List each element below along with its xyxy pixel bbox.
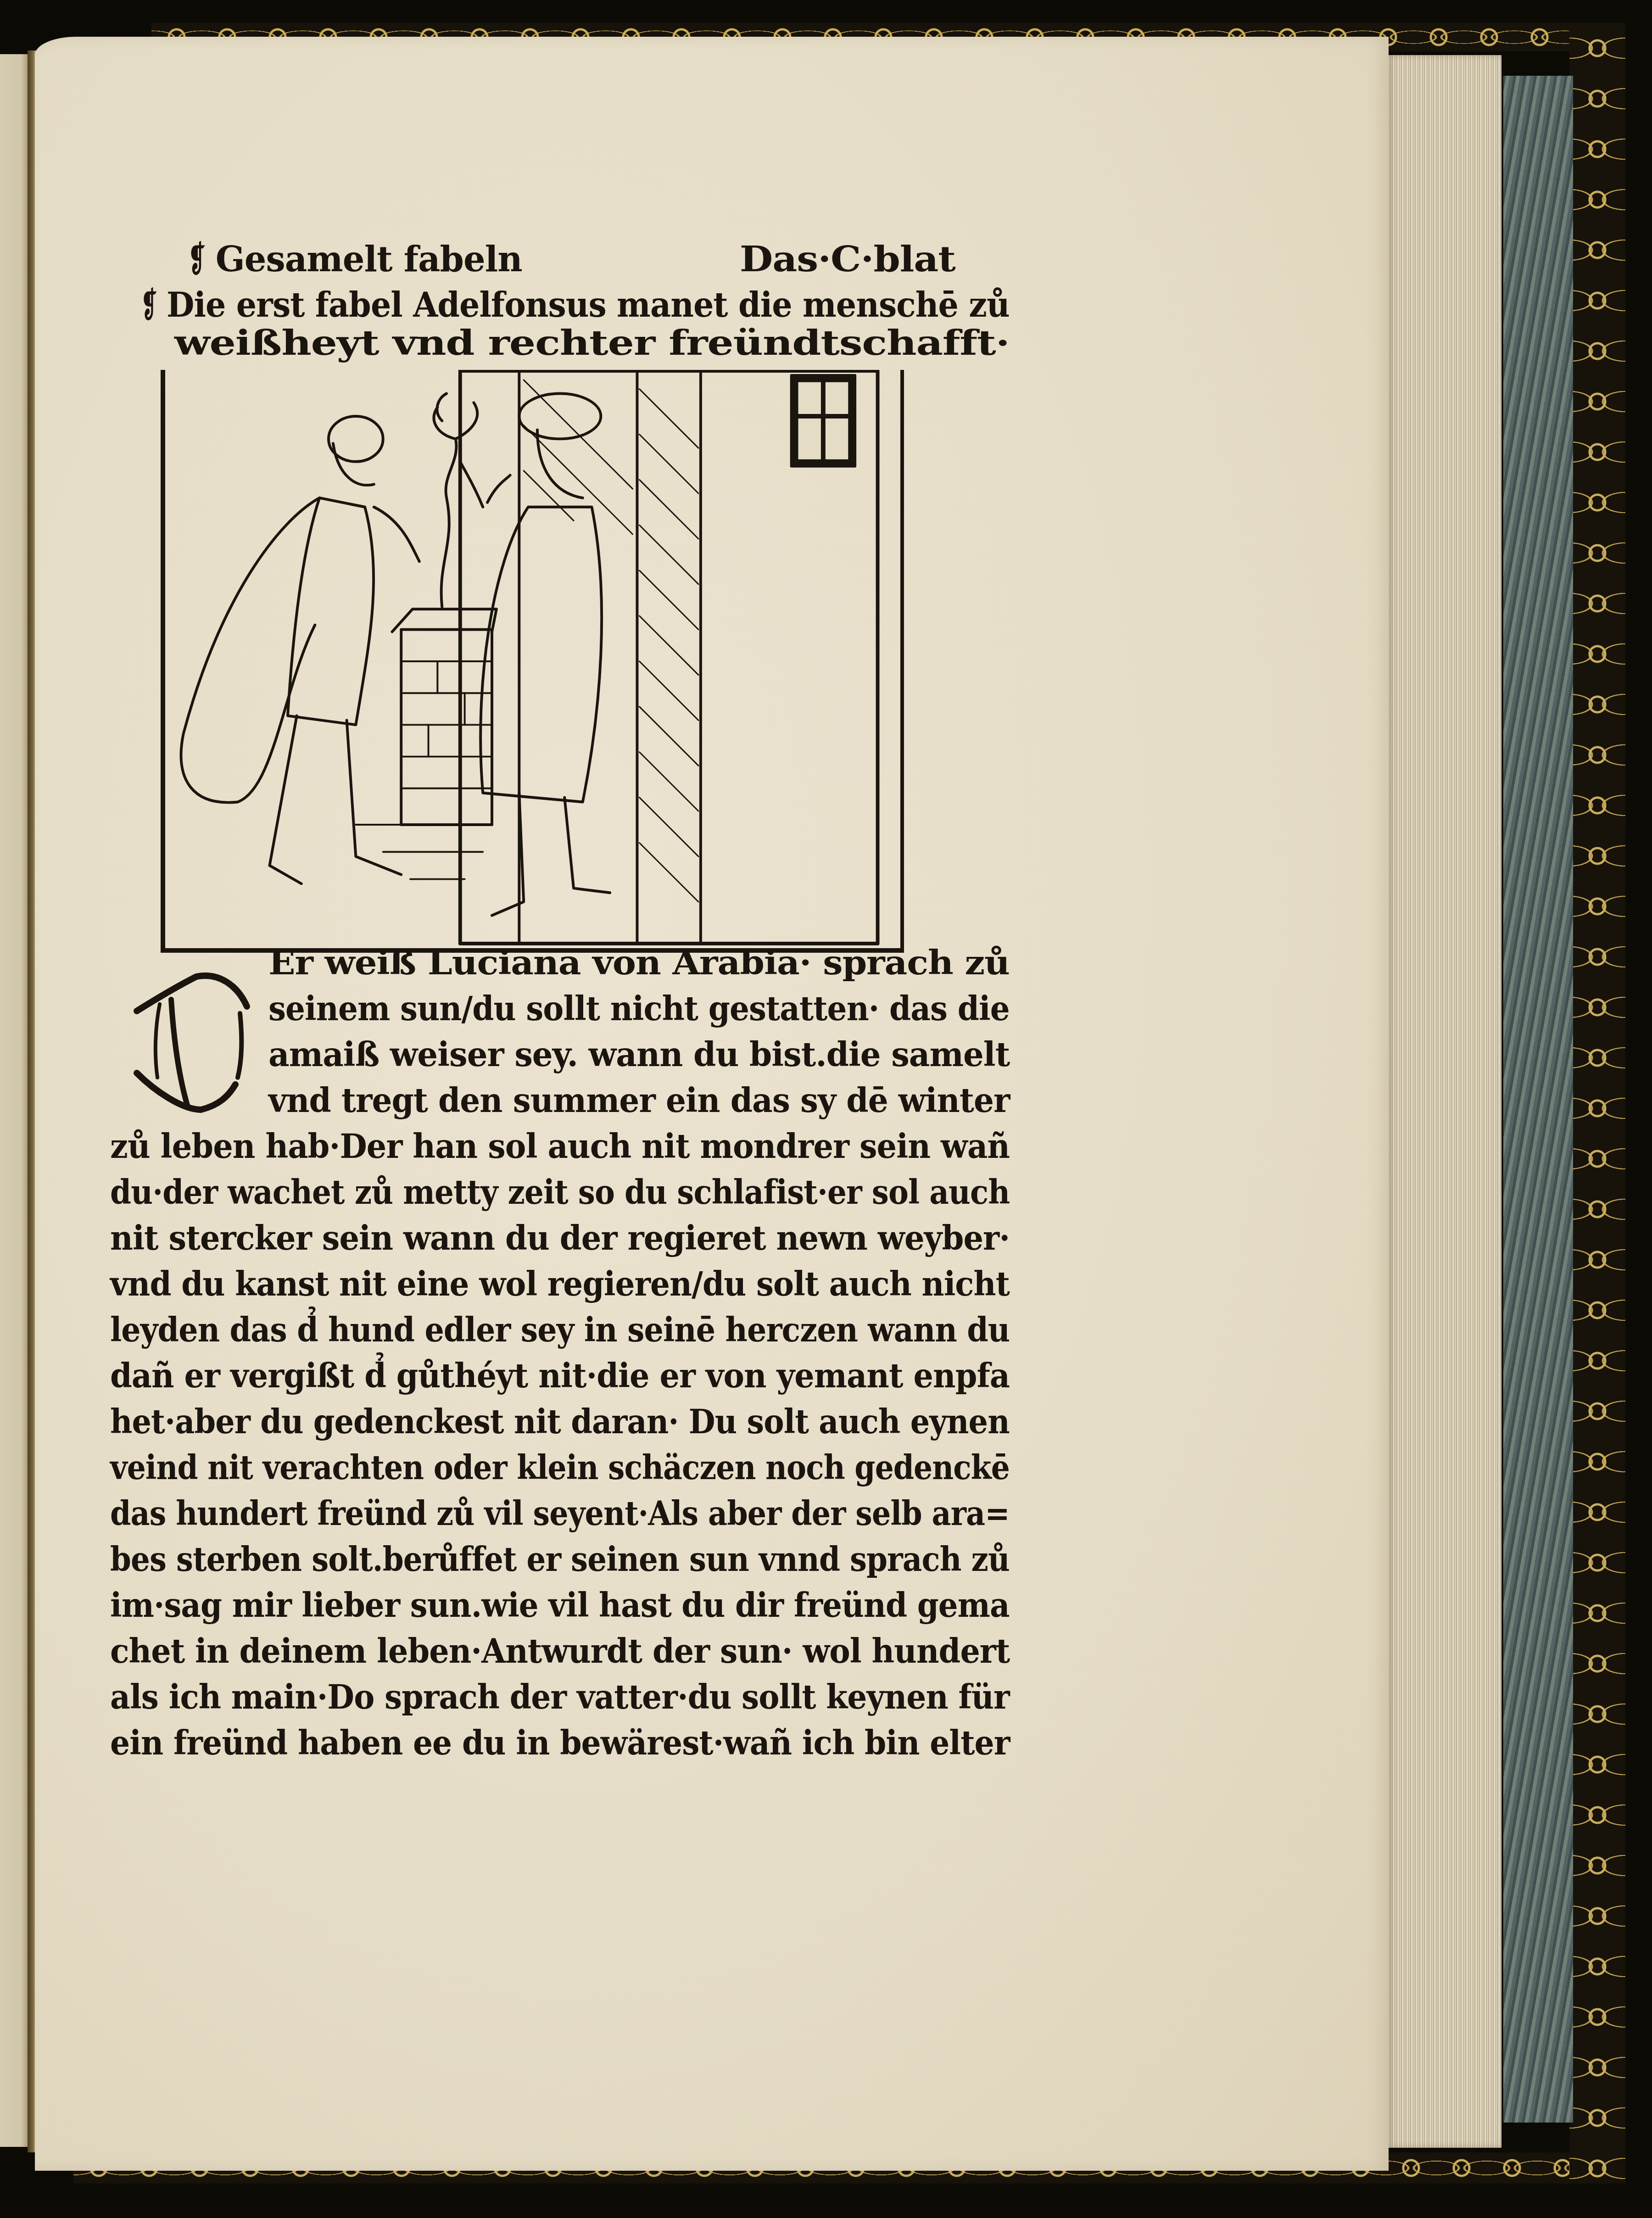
left-page-edge [0,54,30,2147]
body-line: het·aber du gedenckest nit daran· Du sol… [110,1402,1010,1441]
pilcrow-icon: ❡ [141,285,156,325]
drop-cap-initial [128,967,265,1114]
body-line: Er weiß Luciana von Arabia· sprach zů [268,943,1010,982]
woodcut-illustration [161,370,904,953]
chapter-title-line-1: ❡Die erst fabel Adelfonsus manet die men… [136,285,1010,325]
body-line: ein freünd haben ee du in bewärest·wañ i… [110,1723,1010,1762]
running-head-left: ❡Gesamelt fabeln [183,239,522,279]
body-line: vnd du kanst nit eine wol regieren/du so… [110,1264,1010,1303]
body-line: nit stercker sein wann du der regieret n… [110,1218,1010,1257]
folio-label: Das·C·blat [740,239,955,279]
chapter-title-line-2: weißheyt vnd rechter freündtschafft· [174,324,1010,363]
body-line: amaiß weiser sey. wann du bist.die samel… [268,1035,1010,1074]
body-line: als ich main·Do sprach der vatter·du sol… [110,1677,1010,1716]
gilt-border-right [1569,23,1625,2184]
pilcrow-icon: ❡ [188,239,205,279]
body-line: veind nit verachten oder klein schäczen … [110,1448,1010,1487]
marbled-endpaper [1501,76,1573,2123]
body-line: leyden das d̉ hund edler sey in seinē he… [110,1310,1010,1349]
body-line: zů leben hab·Der han sol auch nit mondre… [110,1127,1010,1166]
body-line: seinem sun/du sollt nicht gestatten· das… [268,989,1010,1028]
body-line: bes sterben solt.berůffet er seinen sun … [110,1540,1010,1579]
body-line: vnd tregt den summer ein das sy dē winte… [268,1081,1010,1120]
drop-cap-d-icon [128,967,265,1114]
body-line: dañ er vergißt d̉ gůthéyt nit·die er von… [110,1356,1010,1395]
woodcut-scene-icon [165,370,900,948]
body-line: das hundert freünd zů vil seyent·Als abe… [110,1494,1010,1533]
fore-edge-page-stack [1386,55,1501,2148]
body-line: du·der wachet zů metty zeit so du schlaf… [110,1173,1010,1212]
running-head-left-text: Gesamelt fabeln [216,239,522,279]
body-line: im·sag mir lieber sun.wie vil hast du di… [110,1586,1010,1625]
body-line: chet in deinem leben·Antwurdt der sun· w… [110,1631,1010,1670]
